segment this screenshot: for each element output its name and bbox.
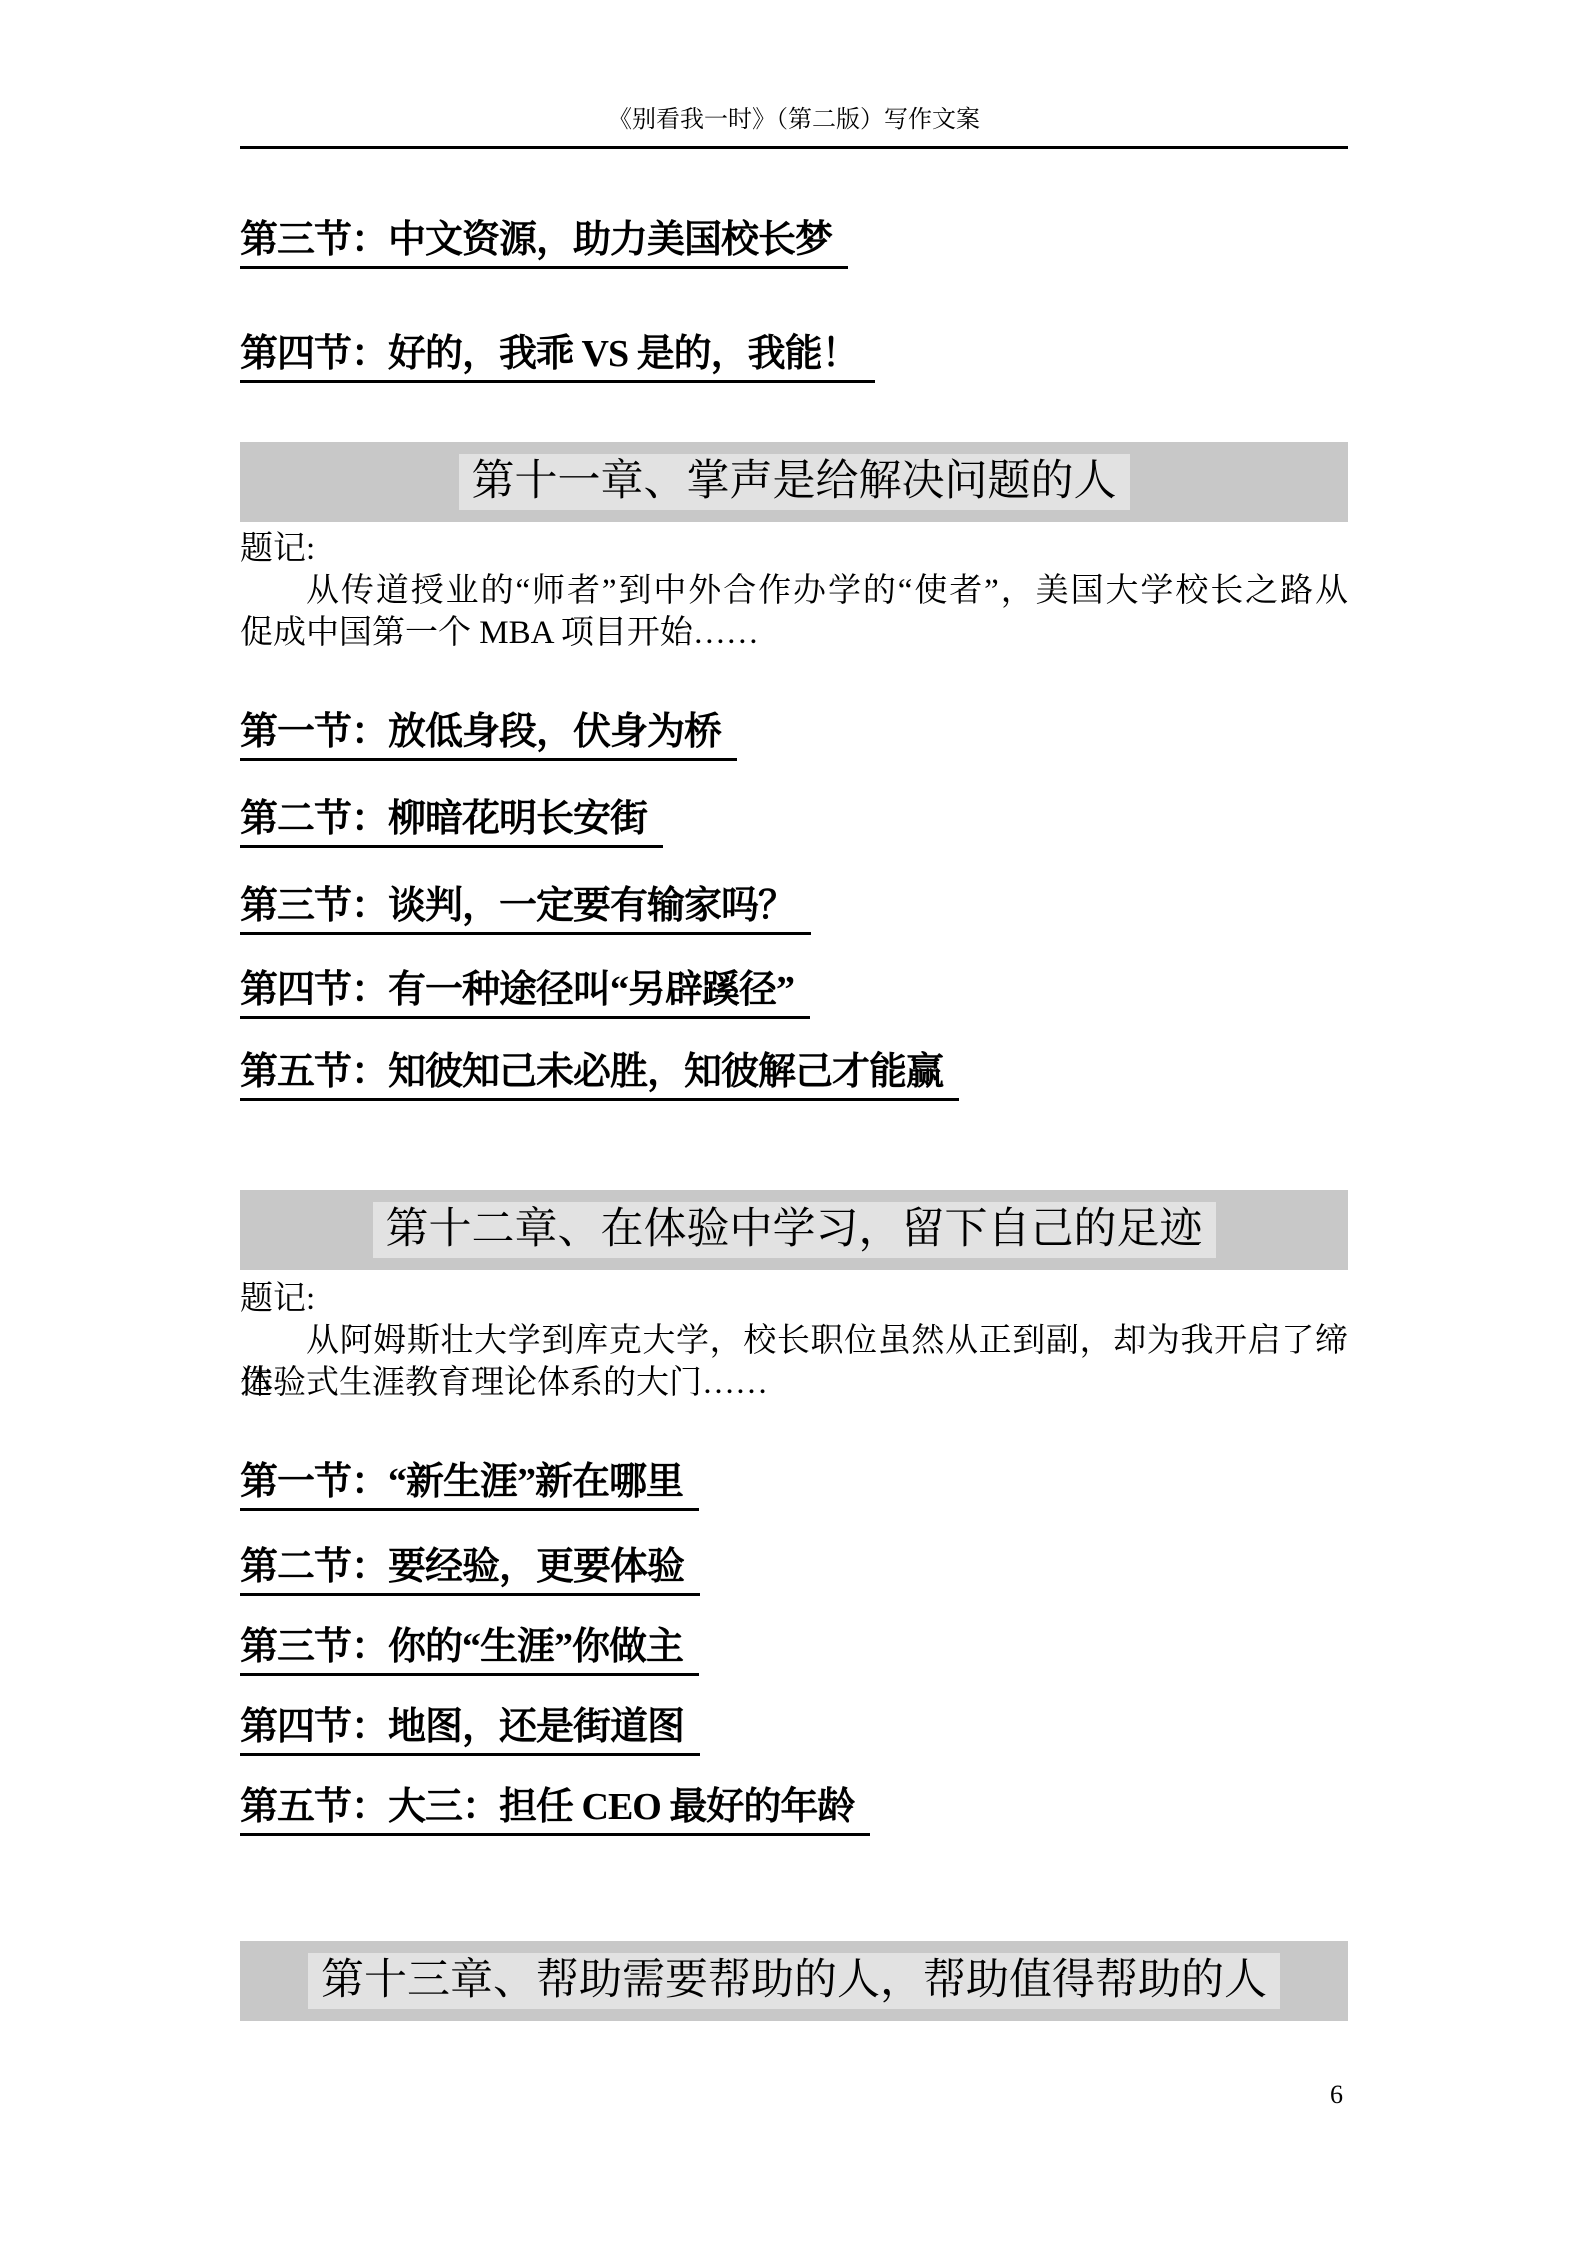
- section-heading-intro-4: 第四节：好的，我乖 VS 是的，我能！: [240, 332, 875, 383]
- section-heading-11-2: 第二节：柳暗花明长安街: [240, 797, 663, 848]
- section-heading-11-3: 第三节：谈判，一定要有输家吗？: [240, 884, 811, 935]
- chapter-11-preface-label: 题记:: [240, 528, 1348, 570]
- chapter-13-title: 第十三章、帮助需要帮助的人，帮助值得帮助的人: [308, 1953, 1280, 2009]
- chapter-12-preface-line-2: 体验式生涯教育理论体系的大门……: [240, 1362, 1348, 1404]
- section-heading-11-5: 第五节：知彼知己未必胜，知彼解己才能赢: [240, 1050, 959, 1101]
- section-heading-11-4: 第四节：有一种途径叫“另辟蹊径”: [240, 968, 810, 1019]
- section-heading-12-3: 第三节：你的“生涯”你做主: [240, 1625, 699, 1676]
- chapter-11-bar: 第十一章、掌声是给解决问题的人: [240, 442, 1348, 522]
- chapter-11-title: 第十一章、掌声是给解决问题的人: [459, 454, 1130, 510]
- section-heading-11-1: 第一节：放低身段，伏身为桥: [240, 710, 737, 761]
- chapter-13-bar: 第十三章、帮助需要帮助的人，帮助值得帮助的人: [240, 1941, 1348, 2021]
- section-heading-12-1: 第一节：“新生涯”新在哪里: [240, 1460, 699, 1511]
- page-number: 6: [1330, 2080, 1343, 2110]
- chapter-12-bar: 第十二章、在体验中学习，留下自己的足迹: [240, 1190, 1348, 1270]
- header-rule: [240, 146, 1348, 149]
- section-heading-12-2: 第二节：要经验，更要体验: [240, 1545, 700, 1596]
- chapter-12-preface-label: 题记:: [240, 1278, 1348, 1320]
- chapter-12-title: 第十二章、在体验中学习，留下自己的足迹: [373, 1202, 1216, 1258]
- document-page: 《别看我一时》（第二版）写作文案 第三节：中文资源，助力美国校长梦 第四节：好的…: [0, 0, 1587, 2245]
- chapter-11-preface-line-1: 从传道授业的“师者”到中外合作办学的“使者”，美国大学校长之路从: [240, 570, 1348, 612]
- page-header-title: 《别看我一时》（第二版）写作文案: [240, 102, 1348, 138]
- section-heading-intro-3: 第三节：中文资源，助力美国校长梦: [240, 218, 848, 269]
- section-heading-12-4: 第四节：地图，还是街道图: [240, 1705, 700, 1756]
- section-heading-12-5: 第五节：大三：担任 CEO 最好的年龄: [240, 1785, 870, 1836]
- chapter-11-preface-line-2: 促成中国第一个 MBA 项目开始……: [240, 612, 1348, 654]
